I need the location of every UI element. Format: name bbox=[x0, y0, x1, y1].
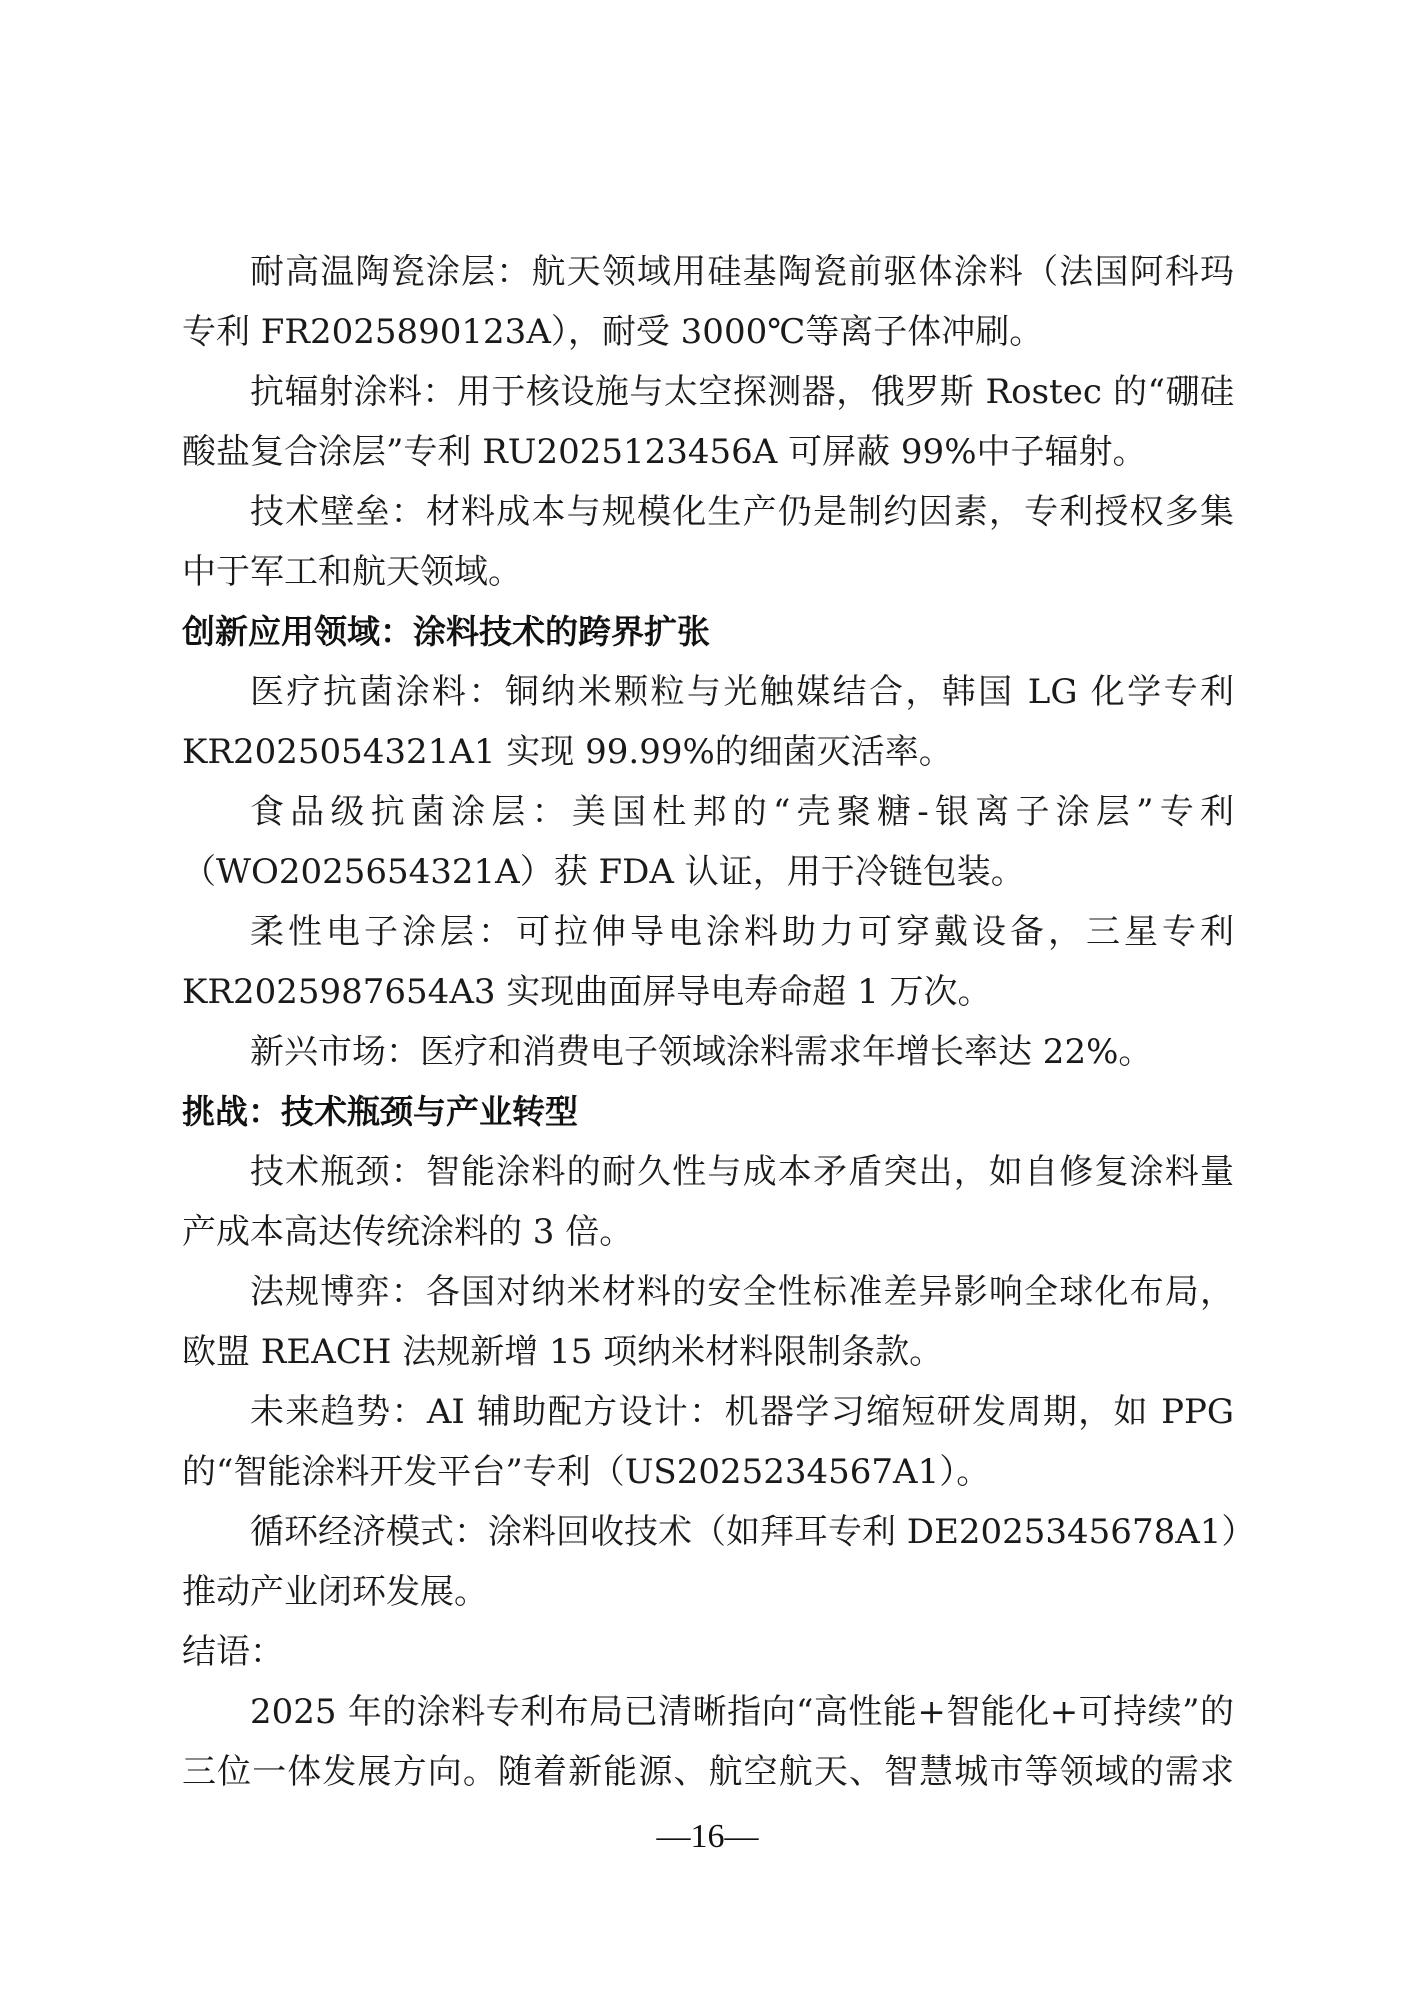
paragraph-circular-economy: 循环经济模式：涂料回收技术（如拜耳专利 DE2025345678A1） 推动产业… bbox=[182, 1502, 1234, 1622]
paragraph-radiation-coating: 抗辐射涂料：用于核设施与太空探测器，俄罗斯 Rostec 的“硼硅 酸盐复合涂层… bbox=[182, 362, 1234, 482]
text-line: 医疗抗菌涂料：铜纳米颗粒与光触媒结合，韩国 LG 化学专利 bbox=[182, 662, 1234, 722]
text-line: 欧盟 REACH 法规新增 15 项纳米材料限制条款。 bbox=[182, 1322, 1234, 1382]
paragraph-medical-coating: 医疗抗菌涂料：铜纳米颗粒与光触媒结合，韩国 LG 化学专利 KR20250543… bbox=[182, 662, 1234, 782]
paragraph-food-coating: 食品级抗菌涂层：美国杜邦的“壳聚糖-银离子涂层”专利 （WO2025654321… bbox=[182, 782, 1234, 902]
text-line: 技术瓶颈：智能涂料的耐久性与成本矛盾突出，如自修复涂料量 bbox=[182, 1142, 1234, 1202]
text-line: 产成本高达传统涂料的 3 倍。 bbox=[182, 1202, 1234, 1262]
text-line: 法规博弈：各国对纳米材料的安全性标准差异影响全球化布局， bbox=[182, 1262, 1234, 1322]
paragraph-conclusion: 2025 年的涂料专利布局已清晰指向“高性能+智能化+可持续”的 三位一体发展方… bbox=[182, 1682, 1234, 1802]
text-line: 食品级抗菌涂层：美国杜邦的“壳聚糖-银离子涂层”专利 bbox=[182, 782, 1234, 842]
text-line: 推动产业闭环发展。 bbox=[182, 1562, 1234, 1622]
text-line: 2025 年的涂料专利布局已清晰指向“高性能+智能化+可持续”的 bbox=[182, 1682, 1234, 1742]
text-line: 三位一体发展方向。随着新能源、航空航天、智慧城市等领域的需求 bbox=[182, 1742, 1234, 1802]
section-heading-challenges: 挑战：技术瓶颈与产业转型 bbox=[182, 1082, 1234, 1142]
text-line: （WO2025654321A）获 FDA 认证，用于冷链包装。 bbox=[182, 842, 1234, 902]
text-line: 未来趋势：AI 辅助配方设计：机器学习缩短研发周期，如 PPG bbox=[182, 1382, 1234, 1442]
document-body: 耐高温陶瓷涂层：航天领域用硅基陶瓷前驱体涂料（法国阿科玛 专利 FR202589… bbox=[182, 242, 1234, 1802]
text-line: 柔性电子涂层：可拉伸导电涂料助力可穿戴设备，三星专利 bbox=[182, 902, 1234, 962]
document-page: 耐高温陶瓷涂层：航天领域用硅基陶瓷前驱体涂料（法国阿科玛 专利 FR202589… bbox=[0, 0, 1415, 2000]
page-number: —16— bbox=[0, 1818, 1415, 1856]
text-line: 酸盐复合涂层”专利 RU2025123456A 可屏蔽 99%中子辐射。 bbox=[182, 422, 1234, 482]
text-line: 技术壁垒：材料成本与规模化生产仍是制约因素，专利授权多集 bbox=[182, 482, 1234, 542]
paragraph-regulation: 法规博弈：各国对纳米材料的安全性标准差异影响全球化布局， 欧盟 REACH 法规… bbox=[182, 1262, 1234, 1382]
paragraph-technical-barrier: 技术壁垒：材料成本与规模化生产仍是制约因素，专利授权多集 中于军工和航天领域。 bbox=[182, 482, 1234, 602]
text-line: 的“智能涂料开发平台”专利（US2025234567A1）。 bbox=[182, 1442, 1234, 1502]
text-line: 专利 FR2025890123A），耐受 3000℃等离子体冲刷。 bbox=[182, 302, 1234, 362]
text-line: KR2025987654A3 实现曲面屏导电寿命超 1 万次。 bbox=[182, 962, 1234, 1022]
paragraph-flexible-electronics: 柔性电子涂层：可拉伸导电涂料助力可穿戴设备，三星专利 KR2025987654A… bbox=[182, 902, 1234, 1022]
text-line: 抗辐射涂料：用于核设施与太空探测器，俄罗斯 Rostec 的“硼硅 bbox=[182, 362, 1234, 422]
paragraph-tech-bottleneck: 技术瓶颈：智能涂料的耐久性与成本矛盾突出，如自修复涂料量 产成本高达传统涂料的 … bbox=[182, 1142, 1234, 1262]
paragraph-emerging-market: 新兴市场：医疗和消费电子领域涂料需求年增长率达 22%。 bbox=[182, 1022, 1234, 1082]
section-heading-innovation: 创新应用领域：涂料技术的跨界扩张 bbox=[182, 602, 1234, 662]
conclusion-label: 结语： bbox=[182, 1622, 1234, 1682]
paragraph-ceramic-coating: 耐高温陶瓷涂层：航天领域用硅基陶瓷前驱体涂料（法国阿科玛 专利 FR202589… bbox=[182, 242, 1234, 362]
paragraph-future-trend: 未来趋势：AI 辅助配方设计：机器学习缩短研发周期，如 PPG 的“智能涂料开发… bbox=[182, 1382, 1234, 1502]
text-line: 中于军工和航天领域。 bbox=[182, 542, 1234, 602]
text-line: 耐高温陶瓷涂层：航天领域用硅基陶瓷前驱体涂料（法国阿科玛 bbox=[182, 242, 1234, 302]
text-line: 循环经济模式：涂料回收技术（如拜耳专利 DE2025345678A1） bbox=[182, 1502, 1234, 1562]
text-line: 新兴市场：医疗和消费电子领域涂料需求年增长率达 22%。 bbox=[182, 1022, 1234, 1082]
text-line: KR2025054321A1 实现 99.99%的细菌灭活率。 bbox=[182, 722, 1234, 782]
